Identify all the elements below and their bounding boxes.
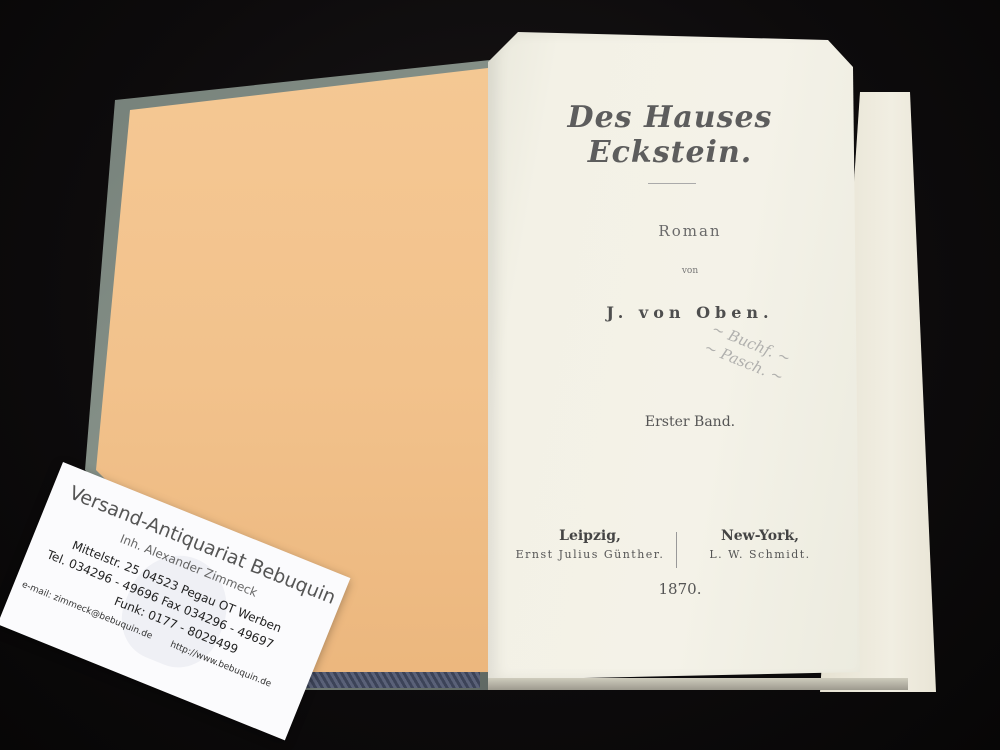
book-volume: Erster Band. — [600, 414, 780, 430]
publisher-city: Leipzig, — [505, 528, 675, 544]
page-block-edge — [488, 678, 908, 690]
book-title: Des Hauses Eckstein. — [510, 100, 830, 170]
book-genre: Roman — [600, 222, 780, 240]
publisher-divider — [676, 532, 677, 568]
publisher-leipzig: Leipzig, Ernst Julius Günther. — [505, 528, 675, 561]
by-label: von — [640, 266, 740, 276]
publication-year: 1870. — [640, 580, 720, 598]
title-rule — [648, 183, 696, 184]
publisher-name: Ernst Julius Günther. — [505, 548, 675, 561]
publisher-new-york: New-York, L. W. Schmidt. — [690, 528, 830, 561]
book-author: J. von Oben. — [580, 303, 800, 322]
photo-scene: Des Hauses Eckstein. Roman von J. von Ob… — [0, 0, 1000, 750]
publisher-city: New-York, — [690, 528, 830, 544]
cloth-spine-strip — [300, 672, 480, 688]
publisher-name: L. W. Schmidt. — [690, 548, 830, 561]
